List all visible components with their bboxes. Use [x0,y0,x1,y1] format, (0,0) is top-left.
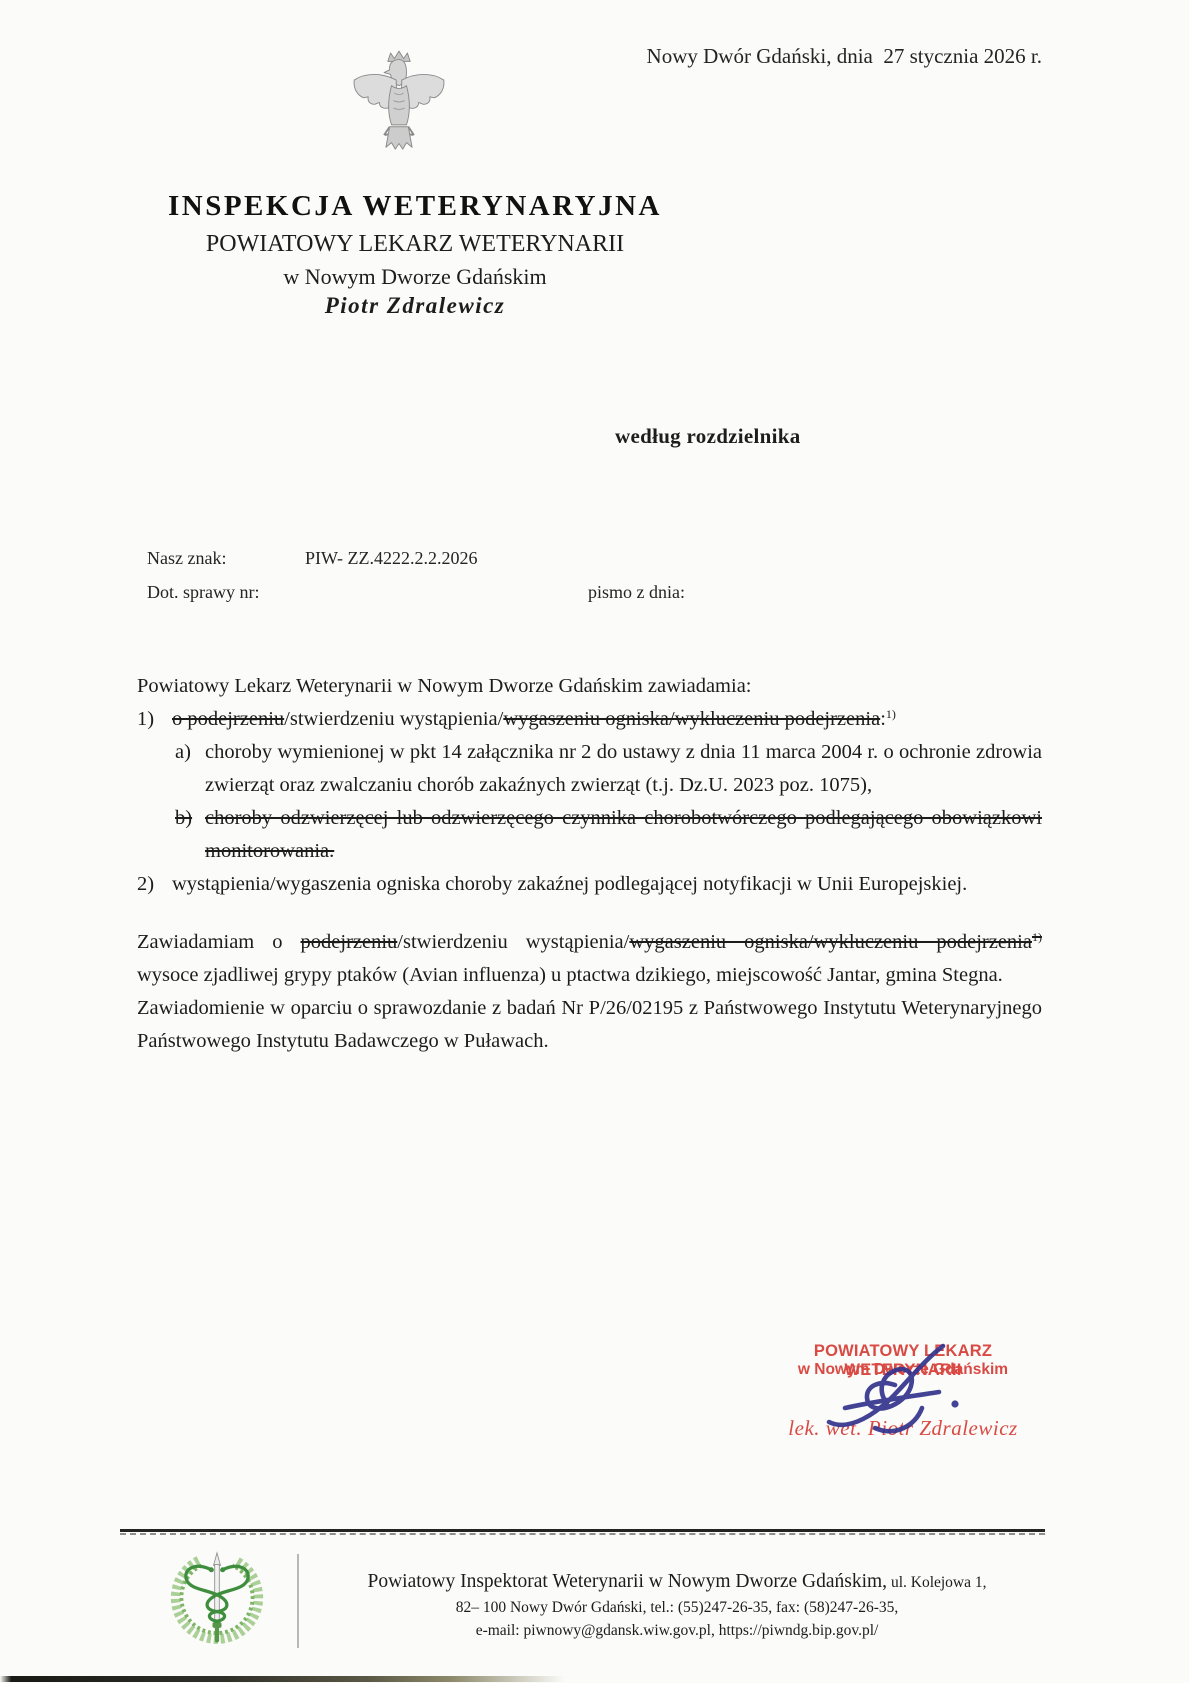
dateline: Nowy Dwór Gdański, dnia 27 stycznia 2026… [440,44,1042,69]
org-name: INSPEKCJA WETERYNARYJNA [128,190,702,223]
letter-date-label: pismo z dnia: [588,582,685,603]
official-stamp: POWIATOWY LEKARZ WETERYNARII w Nowym Dwo… [763,1342,1043,1452]
list-item-2: 2) wystąpienia/wygaszenia ogniska chorob… [137,868,1042,901]
footer-street: ul. Kolejowa 1, [887,1574,986,1591]
intro-line: Powiatowy Lekarz Weterynarii w Nowym Dwo… [137,670,1042,703]
footer-address-phone-line: 82– 100 Nowy Dwór Gdański, tel.: (55)247… [312,1596,1042,1619]
footer-inspectorate-line: Powiatowy Inspektorat Weterynarii w Nowy… [312,1569,1042,1596]
footer-rule [120,1529,1045,1539]
list-item-1: 1) o podejrzeniu/stwierdzeniu wystąpieni… [137,703,1042,736]
list-item-1-text: o podejrzeniu/stwierdzeniu wystąpienia/w… [172,703,1042,736]
footer-email-web-line: e-mail: piwnowy@gdansk.wiw.gov.pl, https… [312,1619,1042,1642]
list-item-2-text: wystąpienia/wygaszenia ogniska choroby z… [172,868,1042,901]
distribution-note: według rozdzielnika [615,424,801,449]
footer-contact-block: Powiatowy Inspektorat Weterynarii w Nowy… [312,1569,1042,1642]
list-item-1a: a) choroby wymienionej w pkt 14 załączni… [137,736,1042,802]
report-basis-paragraph: Zawiadomienie w oparciu o sprawozdanie z… [137,992,1042,1058]
org-person-name: Piotr Zdralewicz [128,293,702,319]
letter-body: Powiatowy Lekarz Weterynarii w Nowym Dwo… [137,670,1042,1058]
list-marker: a) [175,736,191,769]
handwritten-signature-icon [815,1338,975,1448]
org-office: POWIATOWY LEKARZ WETERYNARII [128,231,702,259]
org-city: w Nowym Dworze Gdańskim [128,264,702,289]
scanned-letter-page: { "dateline": "Nowy Dwór Gdański, dnia 2… [0,0,1189,1683]
scan-edge-artifact [0,1676,565,1682]
list-item-1b: b) choroby odzwierzęcej lub odzwierzęceg… [137,802,1042,868]
list-item-1a-text: choroby wymienionej w pkt 14 załącznika … [205,736,1042,802]
our-ref-label: Nasz znak: [147,548,226,569]
veterinary-caduceus-logo-icon [164,1551,270,1651]
footer-inspectorate-name: Powiatowy Inspektorat Weterynarii w Nowy… [367,1571,887,1592]
list-marker: 2) [137,868,154,901]
footer-divider [297,1554,299,1648]
list-item-1b-text: choroby odzwierzęcej lub odzwierzęcego c… [205,802,1042,868]
notification-paragraph: Zawiadamiam o podejrzeniu/stwierdzeniu w… [137,926,1042,992]
our-ref-value: PIW- ZZ.4222.2.2.2026 [305,548,478,569]
list-marker: 1) [137,703,154,736]
case-ref-label: Dot. sprawy nr: [147,582,259,603]
polish-eagle-emblem-icon [343,48,455,170]
letterhead: INSPEKCJA WETERYNARYJNA POWIATOWY LEKARZ… [128,190,702,320]
list-marker: b) [175,802,192,835]
